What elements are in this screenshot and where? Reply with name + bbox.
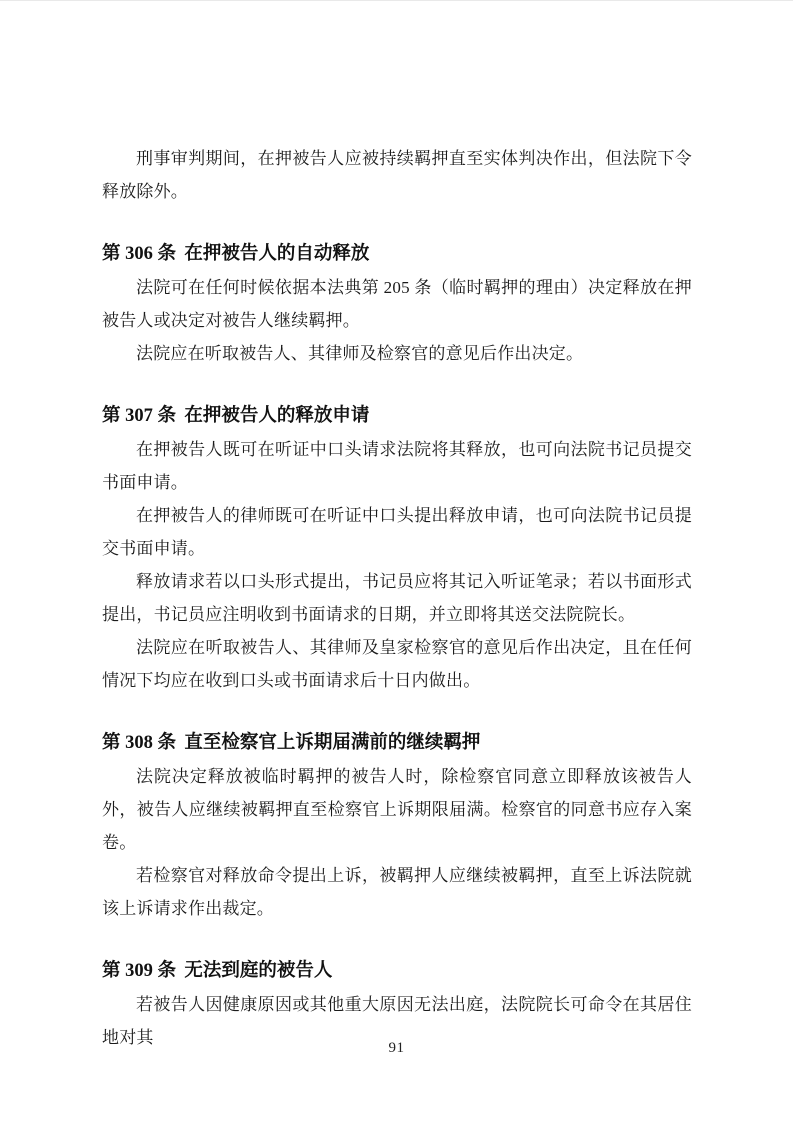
article-307-heading: 第 307 条在押被告人的释放申请 xyxy=(102,400,692,433)
page-footer: 91 xyxy=(0,1038,793,1058)
article-308-title: 直至检察官上诉期届满前的继续羁押 xyxy=(184,733,480,753)
article-309-heading: 第 309 条无法到庭的被告人 xyxy=(102,955,692,988)
article-309-number: 第 309 条 xyxy=(102,961,176,981)
article-307-paragraph-3: 释放请求若以口头形式提出，书记员应将其记入听证笔录；若以书面形式提出，书记员应注… xyxy=(102,565,692,631)
article-306: 第 306 条在押被告人的自动释放 法院可在任何时候依据本法典第 205 条（临… xyxy=(102,238,692,370)
article-308-number: 第 308 条 xyxy=(102,733,176,753)
document-page: 刑事审判期间，在押被告人应被持续羁押直至实体判决作出，但法院下令释放除外。 第 … xyxy=(0,0,793,1122)
page-number: 91 xyxy=(389,1040,405,1056)
article-307-number: 第 307 条 xyxy=(102,406,176,426)
intro-paragraph: 刑事审判期间，在押被告人应被持续羁押直至实体判决作出，但法院下令释放除外。 xyxy=(102,142,692,208)
article-306-paragraph-2: 法院应在听取被告人、其律师及检察官的意见后作出决定。 xyxy=(102,337,692,370)
article-306-paragraph-1: 法院可在任何时候依据本法典第 205 条（临时羁押的理由）决定释放在押被告人或决… xyxy=(102,271,692,337)
article-307-paragraph-2: 在押被告人的律师既可在听证中口头提出释放申请，也可向法院书记员提交书面申请。 xyxy=(102,499,692,565)
article-306-number: 第 306 条 xyxy=(102,244,176,264)
article-307: 第 307 条在押被告人的释放申请 在押被告人既可在听证中口头请求法院将其释放，… xyxy=(102,400,692,697)
article-307-title: 在押被告人的释放申请 xyxy=(184,406,369,426)
article-308-heading: 第 308 条直至检察官上诉期届满前的继续羁押 xyxy=(102,727,692,760)
article-309-title: 无法到庭的被告人 xyxy=(184,961,332,981)
article-306-title: 在押被告人的自动释放 xyxy=(184,244,369,264)
article-306-heading: 第 306 条在押被告人的自动释放 xyxy=(102,238,692,271)
article-308-paragraph-2: 若检察官对释放命令提出上诉，被羁押人应继续被羁押，直至上诉法院就该上诉请求作出裁… xyxy=(102,859,692,925)
article-308: 第 308 条直至检察官上诉期届满前的继续羁押 法院决定释放被临时羁押的被告人时… xyxy=(102,727,692,925)
article-307-paragraph-4: 法院应在听取被告人、其律师及皇家检察官的意见后作出决定，且在任何情况下均应在收到… xyxy=(102,631,692,697)
article-308-paragraph-1: 法院决定释放被临时羁押的被告人时，除检察官同意立即释放该被告人外，被告人应继续被… xyxy=(102,760,692,859)
article-307-paragraph-1: 在押被告人既可在听证中口头请求法院将其释放，也可向法院书记员提交书面申请。 xyxy=(102,433,692,499)
page-body: 刑事审判期间，在押被告人应被持续羁押直至实体判决作出，但法院下令释放除外。 第 … xyxy=(102,142,692,1054)
